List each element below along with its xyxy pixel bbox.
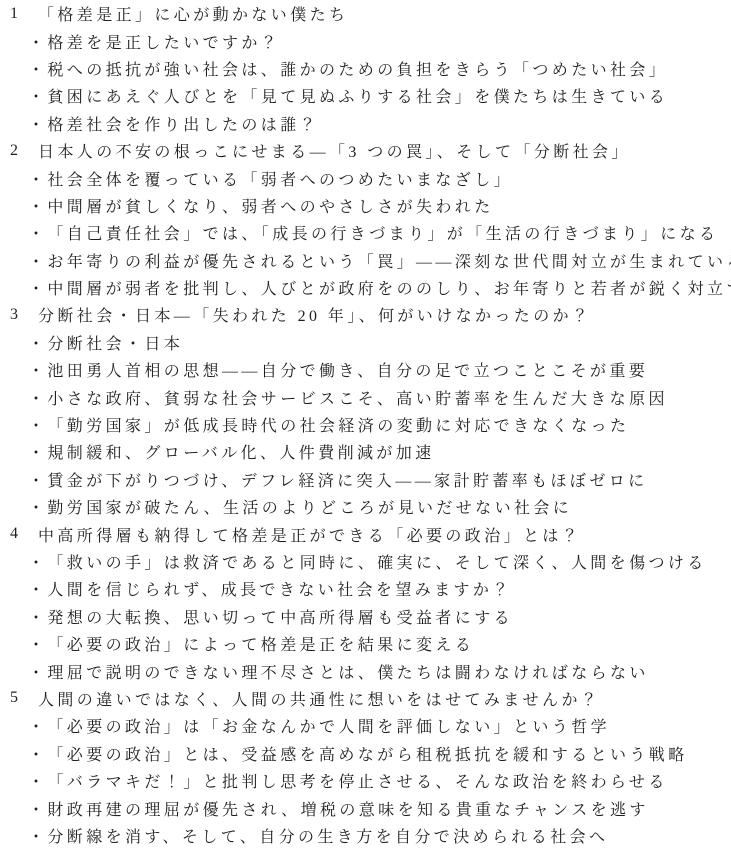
toc-bullet-item: ・賃金が下がりつづけ、デフレ経済に突入——家計貯蓄率もほぼゼロに (0, 466, 731, 493)
bullet-marker-icon: ・ (28, 276, 47, 299)
bullet-marker-icon: ・ (28, 632, 47, 655)
toc-lines: 1「格差是正」に心が動かない僕たち・格差を是正したいですか？・税への抵抗が強い社… (0, 0, 731, 849)
toc-item-text: 「自己責任社会」では、「成長の行きづまり」が「生活の行きづまり」になる (47, 221, 718, 244)
bullet-marker-icon: ・ (28, 221, 47, 244)
toc-item-text: 貧困にあえぐ人びとを「見て見ぬふりする社会」を僕たちは生きている (47, 84, 668, 107)
toc-item-text: 賃金が下がりつづけ、デフレ経済に突入——家計貯蓄率もほぼゼロに (47, 468, 647, 491)
toc-bullet-item: ・「必要の政治」とは、受益感を高めながら租税抵抗を緩和するという戦略 (0, 740, 731, 767)
bullet-marker-icon: ・ (28, 742, 47, 765)
toc-item-text: 理屈で説明のできない理不尽さとは、僕たちは闘わなければならない (47, 660, 648, 683)
bullet-marker-icon: ・ (28, 824, 47, 847)
bullet-marker-icon: ・ (28, 605, 47, 628)
bullet-marker-icon: ・ (28, 57, 47, 80)
section-heading: 3分断社会・日本―「失われた 20 年」、何がいけなかったのか？ (0, 301, 731, 328)
toc-bullet-item: ・「必要の政治」によって格差是正を結果に変える (0, 630, 731, 657)
bullet-marker-icon: ・ (28, 468, 47, 491)
toc-bullet-item: ・発想の大転換、思い切って中高所得層も受益者にする (0, 603, 731, 630)
bullet-marker-icon: ・ (28, 358, 47, 381)
toc-bullet-item: ・貧困にあえぐ人びとを「見て見ぬふりする社会」を僕たちは生きている (0, 82, 731, 109)
toc-bullet-item: ・小さな政府、貧弱な社会サービスこそ、高い貯蓄率を生んだ大きな原因 (0, 383, 731, 410)
section-title: 人間の違いではなく、人間の共通性に想いをはせてみませんか？ (38, 687, 600, 710)
toc-bullet-item: ・「必要の政治」は「お金なんかで人間を評価しない」という哲学 (0, 712, 731, 739)
toc-bullet-item: ・「自己責任社会」では、「成長の行きづまり」が「生活の行きづまり」になる (0, 219, 731, 246)
toc-bullet-item: ・中間層が弱者を批判し、人びとが政府をののしり、お年寄りと若者が鋭く対立する (0, 274, 731, 301)
bullet-marker-icon: ・ (28, 714, 47, 737)
bullet-marker-icon: ・ (28, 30, 47, 53)
toc-bullet-item: ・中間層が貧しくなり、弱者へのやさしさが失われた (0, 192, 731, 219)
bullet-marker-icon: ・ (28, 413, 47, 436)
section-number: 1 (10, 5, 38, 23)
section-heading: 2日本人の不安の根っこにせまる―「3 つの罠」、そして「分断社会」 (0, 137, 731, 164)
toc-item-text: 「勤労国家」が低成長時代の社会経済の変動に対応できなくなった (47, 413, 629, 436)
toc-item-text: 「バラマキだ！」と批判し思考を停止させる、そんな政治を終わらせる (47, 769, 667, 792)
toc-item-text: 税への抵抗が強い社会は、誰かのための負担をきらう「つめたい社会」 (47, 57, 668, 80)
bullet-marker-icon: ・ (28, 769, 47, 792)
toc-bullet-item: ・「勤労国家」が低成長時代の社会経済の変動に対応できなくなった (0, 411, 731, 438)
toc-bullet-item: ・税への抵抗が強い社会は、誰かのための負担をきらう「つめたい社会」 (0, 55, 731, 82)
toc-item-text: 勤労国家が破たん、生活のよりどころが見いだせない社会に (47, 495, 572, 518)
bullet-marker-icon: ・ (28, 112, 47, 135)
toc-item-text: 格差社会を作り出したのは誰？ (47, 112, 319, 135)
toc-item-text: 財政再建の理屈が優先され、増税の意味を知る貴重なチャンスを逃す (47, 797, 648, 820)
table-of-contents: 1「格差是正」に心が動かない僕たち・格差を是正したいですか？・税への抵抗が強い社… (0, 0, 731, 849)
toc-bullet-item: ・規制緩和、グローバル化、人件費削減が加速 (0, 438, 731, 465)
bullet-marker-icon: ・ (28, 797, 47, 820)
bullet-marker-icon: ・ (28, 660, 47, 683)
section-heading: 4中高所得層も納得して格差是正ができる「必要の政治」とは？ (0, 520, 731, 547)
toc-item-text: 分断線を消す、そして、自分の生き方を自分で決められる社会へ (47, 824, 608, 847)
toc-item-text: 中間層が弱者を批判し、人びとが政府をののしり、お年寄りと若者が鋭く対立する (47, 276, 731, 299)
toc-item-text: 「救いの手」は救済であると同時に、確実に、そして深く、人間を傷つける (47, 550, 706, 573)
toc-bullet-item: ・「救いの手」は救済であると同時に、確実に、そして深く、人間を傷つける (0, 548, 731, 575)
section-title: 中高所得層も納得して格差是正ができる「必要の政治」とは？ (38, 523, 581, 546)
section-title: 「格差是正」に心が動かない僕たち (38, 2, 348, 25)
bullet-marker-icon: ・ (28, 249, 47, 272)
bullet-marker-icon: ・ (28, 194, 47, 217)
section-number: 3 (10, 306, 38, 324)
toc-item-text: 規制緩和、グローバル化、人件費削減が加速 (47, 440, 434, 463)
bullet-marker-icon: ・ (28, 495, 47, 518)
toc-bullet-item: ・分断線を消す、そして、自分の生き方を自分で決められる社会へ (0, 822, 731, 849)
toc-item-text: 社会全体を覆っている「弱者へのつめたいまなざし」 (47, 167, 513, 190)
toc-item-text: 分断社会・日本 (47, 331, 183, 354)
toc-item-text: 「必要の政治」は「お金なんかで人間を評価しない」という哲学 (47, 714, 610, 737)
toc-bullet-item: ・理屈で説明のできない理不尽さとは、僕たちは闘わなければならない (0, 657, 731, 684)
section-heading: 1「格差是正」に心が動かない僕たち (0, 0, 731, 27)
section-number: 2 (10, 142, 38, 160)
section-number: 4 (10, 525, 38, 543)
toc-item-text: 発想の大転換、思い切って中高所得層も受益者にする (47, 605, 513, 628)
toc-bullet-item: ・格差を是正したいですか？ (0, 27, 731, 54)
toc-bullet-item: ・勤労国家が破たん、生活のよりどころが見いだせない社会に (0, 493, 731, 520)
bullet-marker-icon: ・ (28, 386, 47, 409)
bullet-marker-icon: ・ (28, 84, 47, 107)
section-title: 分断社会・日本―「失われた 20 年」、何がいけなかったのか？ (38, 303, 591, 326)
document-page: 1「格差是正」に心が動かない僕たち・格差を是正したいですか？・税への抵抗が強い社… (0, 0, 731, 850)
bullet-marker-icon: ・ (28, 577, 47, 600)
bullet-marker-icon: ・ (28, 440, 47, 463)
section-title: 日本人の不安の根っこにせまる―「3 つの罠」、そして「分断社会」 (38, 139, 631, 162)
bullet-marker-icon: ・ (28, 550, 47, 573)
toc-item-text: 格差を是正したいですか？ (47, 30, 280, 53)
toc-bullet-item: ・人間を信じられず、成長できない社会を望みますか？ (0, 575, 731, 602)
section-heading: 5人間の違いではなく、人間の共通性に想いをはせてみませんか？ (0, 685, 731, 712)
toc-bullet-item: ・池田勇人首相の思想——自分で働き、自分の足で立つことこそが重要 (0, 356, 731, 383)
toc-item-text: 中間層が貧しくなり、弱者へのやさしさが失われた (47, 194, 493, 217)
bullet-marker-icon: ・ (28, 331, 47, 354)
section-number: 5 (10, 689, 38, 707)
bullet-marker-icon: ・ (28, 167, 47, 190)
toc-bullet-item: ・お年寄りの利益が優先されるという「罠」——深刻な世代間対立が生まれている (0, 247, 731, 274)
toc-item-text: 「必要の政治」とは、受益感を高めながら租税抵抗を緩和するという戦略 (47, 742, 687, 765)
toc-bullet-item: ・財政再建の理屈が優先され、増税の意味を知る貴重なチャンスを逃す (0, 794, 731, 821)
toc-item-text: 人間を信じられず、成長できない社会を望みますか？ (47, 577, 511, 600)
toc-bullet-item: ・社会全体を覆っている「弱者へのつめたいまなざし」 (0, 164, 731, 191)
toc-item-text: お年寄りの利益が優先されるという「罠」——深刻な世代間対立が生まれている (47, 249, 731, 272)
toc-item-text: 「必要の政治」によって格差是正を結果に変える (47, 632, 474, 655)
toc-bullet-item: ・「バラマキだ！」と批判し思考を停止させる、そんな政治を終わらせる (0, 767, 731, 794)
toc-bullet-item: ・格差社会を作り出したのは誰？ (0, 110, 731, 137)
toc-item-text: 小さな政府、貧弱な社会サービスこそ、高い貯蓄率を生んだ大きな原因 (47, 386, 667, 409)
toc-item-text: 池田勇人首相の思想——自分で働き、自分の足で立つことこそが重要 (47, 358, 648, 381)
toc-bullet-item: ・分断社会・日本 (0, 329, 731, 356)
